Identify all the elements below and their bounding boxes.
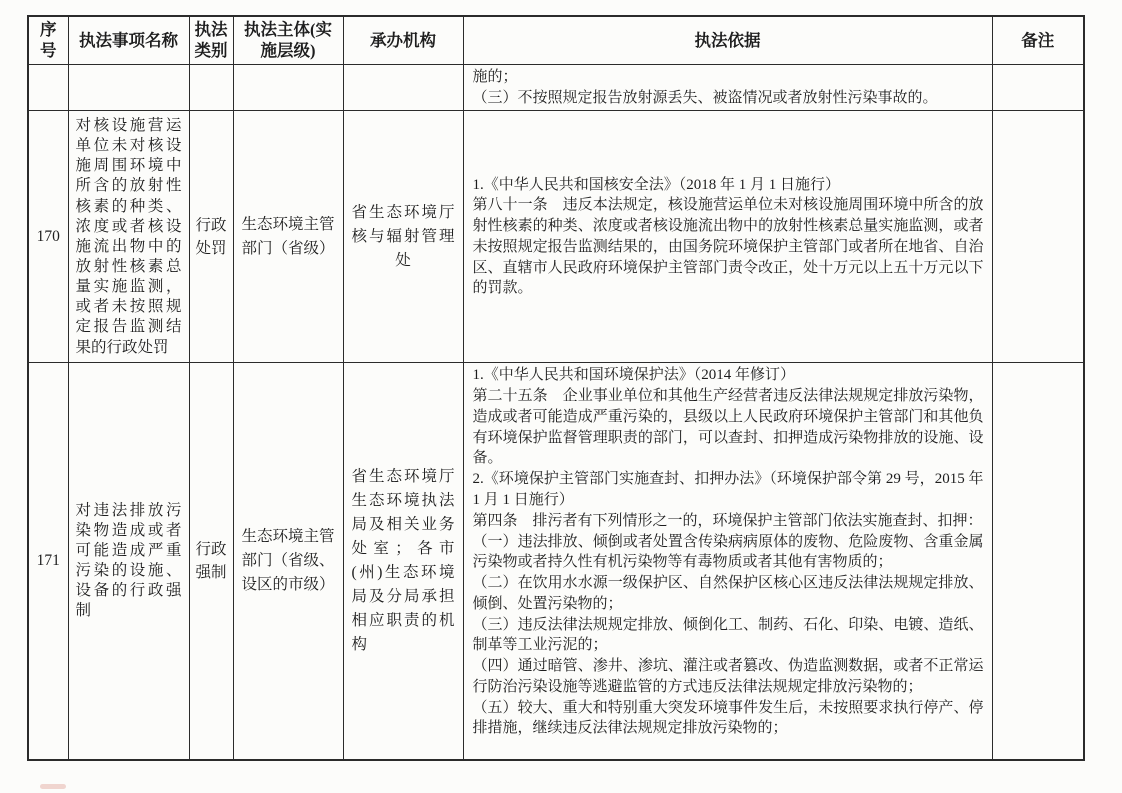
row-continued: 施的； （三）不按照规定报告放射源丢失、被盗情况或者放射性污染事故的。: [28, 64, 1084, 111]
cell-index: 170: [28, 111, 68, 363]
scan-smudge: [40, 784, 66, 789]
col-header-agency: 承办机构: [343, 16, 463, 64]
cell-agency: 省生态环境厅生态环境执法局及相关业务处室；各市(州)生态环境局及分局承担相应职责…: [343, 363, 463, 760]
cell-subject: 生态环境主管部门（省级、设区的市级）: [233, 363, 343, 760]
cell-remark: [992, 363, 1084, 760]
cell-basis: 1.《中华人民共和国核安全法》（2018 年 1 月 1 日施行） 第八十一条 …: [463, 111, 992, 363]
cell-remark: [992, 64, 1084, 111]
cell-agency: [343, 64, 463, 111]
cell-item-name: [68, 64, 189, 111]
cell-item-name: 对违法排放污染物造成或者可能造成严重污染的设施、设备的行政强制: [68, 363, 189, 760]
cell-item-name: 对核设施营运单位未对核设施周围环境中所含的放射性核素的种类、浓度或者核设施流出物…: [68, 111, 189, 363]
cell-subject: 生态环境主管部门（省级）: [233, 111, 343, 363]
cell-agency: 省生态环境厅核与辐射管理处: [343, 111, 463, 363]
row-171: 171 对违法排放污染物造成或者可能造成严重污染的设施、设备的行政强制 行政强制…: [28, 363, 1084, 760]
cell-category: 行政强制: [189, 363, 233, 760]
cell-category: 行政处罚: [189, 111, 233, 363]
cell-index: [28, 64, 68, 111]
cell-basis: 1.《中华人民共和国环境保护法》（2014 年修订） 第二十五条 企业事业单位和…: [463, 363, 992, 760]
col-header-basis: 执法依据: [463, 16, 992, 64]
col-header-category: 执法类别: [189, 16, 233, 64]
col-header-item-name: 执法事项名称: [68, 16, 189, 64]
cell-category: [189, 64, 233, 111]
enforcement-items-table: 序号 执法事项名称 执法类别 执法主体(实施层级) 承办机构 执法依据 备注 施…: [27, 15, 1085, 761]
col-header-subject: 执法主体(实施层级): [233, 16, 343, 64]
header-row: 序号 执法事项名称 执法类别 执法主体(实施层级) 承办机构 执法依据 备注: [28, 16, 1084, 64]
cell-basis: 施的； （三）不按照规定报告放射源丢失、被盗情况或者放射性污染事故的。: [463, 64, 992, 111]
cell-remark: [992, 111, 1084, 363]
col-header-index: 序号: [28, 16, 68, 64]
cell-index: 171: [28, 363, 68, 760]
col-header-remark: 备注: [992, 16, 1084, 64]
row-170: 170 对核设施营运单位未对核设施周围环境中所含的放射性核素的种类、浓度或者核设…: [28, 111, 1084, 363]
cell-subject: [233, 64, 343, 111]
